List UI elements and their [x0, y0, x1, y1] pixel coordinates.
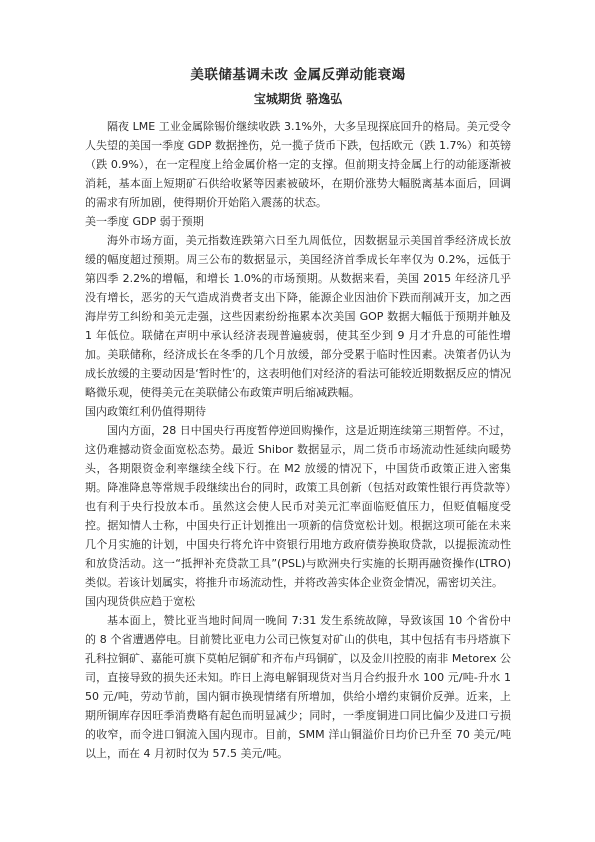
article-title: 美联储基调未改 金属反弹动能衰竭	[85, 65, 511, 85]
section-heading-domestic-policy: 国内政策红利仍值得期待	[85, 402, 511, 421]
paragraph-intro: 隔夜 LME 工业金属除锡价继续收跌 3.1%外，大多呈现探底回升的格局。美元受…	[85, 117, 511, 212]
article-byline: 宝城期货 骆逸弘	[85, 91, 511, 108]
paragraph-spot-supply: 基本面上，赞比亚当地时间周一晚间 7:31 发生系统故障，导致该国 10 个省份…	[85, 611, 511, 763]
paragraph-domestic-policy: 国内方面，28 日中国央行再度暂停逆回购操作，这是近期连续第三期暂停。不过，这仍…	[85, 421, 511, 592]
article-body: 隔夜 LME 工业金属除锡价继续收跌 3.1%外，大多呈现探底回升的格局。美元受…	[85, 117, 511, 763]
section-heading-spot-supply: 国内现货供应趋于宽松	[85, 592, 511, 611]
section-heading-us-gdp: 美一季度 GDP 弱于预期	[85, 212, 511, 231]
paragraph-overseas-market: 海外市场方面，美元指数连跌第六日至九周低位，因数据显示美国首季经济成长放缓的幅度…	[85, 231, 511, 402]
document-page: 美联储基调未改 金属反弹动能衰竭 宝城期货 骆逸弘 隔夜 LME 工业金属除锡价…	[0, 0, 595, 842]
